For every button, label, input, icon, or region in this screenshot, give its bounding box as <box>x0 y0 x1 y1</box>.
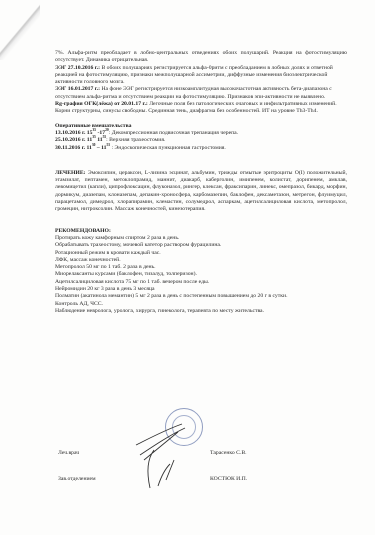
op-text: : Декомпрессионная подвисочная трепанаци… <box>109 130 238 136</box>
operation-item: 25.10.2016 г. 1135 1155: Верхняя трахеос… <box>55 137 347 144</box>
recommendation-item: Миорелаксанты курсами (баклофен, тизалуд… <box>55 271 347 278</box>
treatment-label: ЛЕЧЕНИЕ: <box>55 170 86 176</box>
head-role: Зав.отделением <box>58 476 96 482</box>
op-time: – 11 <box>95 145 106 151</box>
head-name: КОСТЮК И.П. <box>210 476 247 482</box>
recommendation-item: Полматин (акатинола мемантин) 5 мг 2 раз… <box>55 293 347 300</box>
op-date: 13.10.2016 г. 15 <box>55 130 93 136</box>
eeg-summary: 7%. Альфа-ритм преобладает в лобно-центр… <box>55 50 347 65</box>
op-text: : Эндоскопическая пункционная гастростом… <box>110 145 226 151</box>
operations-heading: Оперативные вмешательства <box>55 123 347 130</box>
doctor-name: Тарасенко С.В. <box>210 450 247 456</box>
handwritten-signature <box>130 420 190 490</box>
treatment-text: Эмоксипин, цераксон, L-лизина эсцинат, а… <box>55 170 347 212</box>
rg-label: Rg-графия ОГК(лёжа) от 20.01.17 г.: <box>55 101 148 107</box>
doctor-role: Леч.врач <box>58 450 79 456</box>
eeg-27-10-2016: ЭЭГ 27.10.2016 г.: В обоих полушариях ре… <box>55 65 347 87</box>
recommendation-item: Ацетилсалициловая кислота 75 мг по 1 таб… <box>55 279 347 286</box>
recommendations-heading-text: РЕКОМЕНДОВАНО: <box>55 228 111 234</box>
eeg1-label: ЭЭГ 27.10.2016 г.: <box>55 65 100 71</box>
recommendation-item: Наблюдение невролога, уролога, хирурга, … <box>55 308 347 315</box>
eeg2-label: ЭЭГ 16.01.2017 г.: <box>55 86 100 92</box>
recommendation-item: Ротационный режим в кровати каждый час. <box>55 250 347 257</box>
recommendations-heading: РЕКОМЕНДОВАНО: <box>55 228 347 235</box>
treatment: ЛЕЧЕНИЕ: Эмоксипин, цераксон, L-лизина э… <box>55 170 347 214</box>
op-time: 11 <box>96 137 103 143</box>
eeg-16-01-2017: ЭЭГ 16.01.2017 г.: На фоне ЭЭГ регистрир… <box>55 86 347 101</box>
page-fold-shadow <box>0 0 40 60</box>
op-date: 25.10.2016 г. 11 <box>55 137 92 143</box>
operation-item: 30.11.2016 г. 1130 – 1155 : Эндоскопичес… <box>55 145 347 152</box>
recommendation-item: Обрабатывать трахеостому, мочевой катето… <box>55 242 347 249</box>
eeg-summary-text: 7%. Альфа-ритм преобладает в лобно-центр… <box>55 50 347 63</box>
rg-ogk: Rg-графия ОГК(лёжа) от 20.01.17 г.: Лего… <box>55 101 347 116</box>
document-page: 7%. Альфа-ритм преобладает в лобно-центр… <box>55 50 347 315</box>
op-text: : Верхняя трахеостомия. <box>106 137 165 143</box>
recommendation-item: Контроль АД, ЧСС. <box>55 301 347 308</box>
op-date: 30.11.2016 г. 11 <box>55 145 92 151</box>
